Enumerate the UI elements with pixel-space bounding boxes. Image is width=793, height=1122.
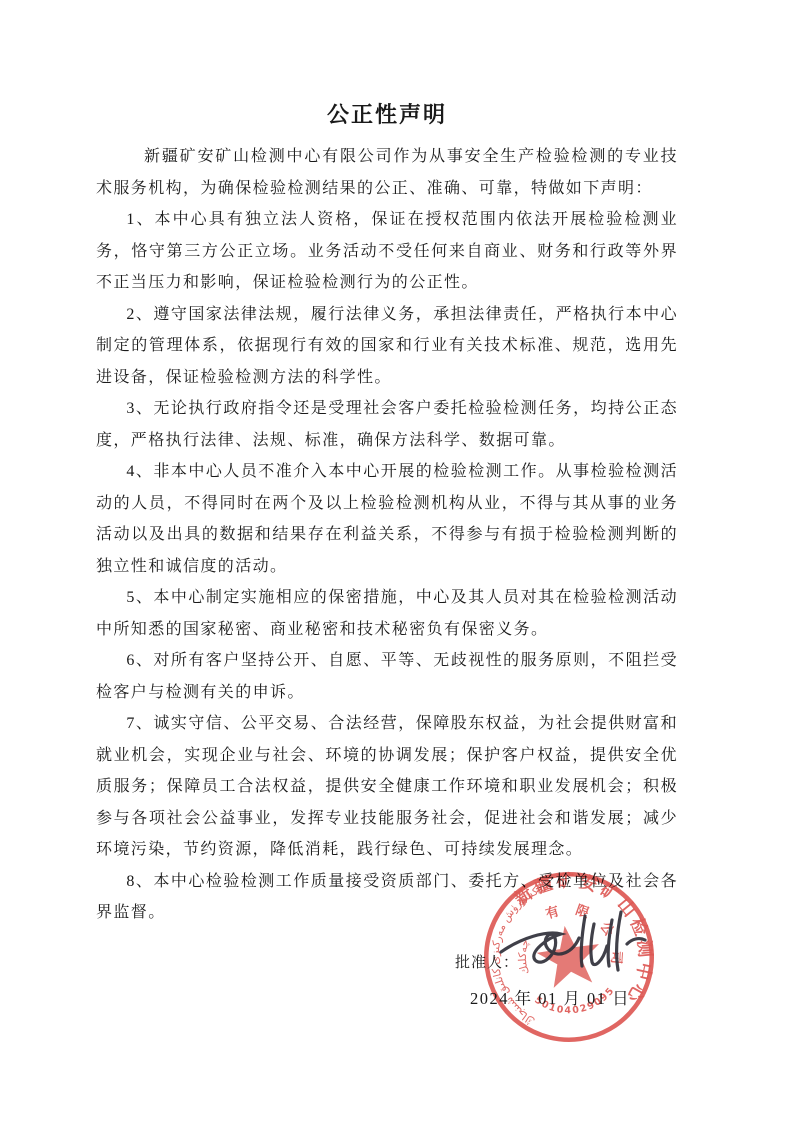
document-page: 公正性声明 新疆矿安矿山检测中心有限公司作为从事安全生产检验检测的专业技术服务机… bbox=[0, 0, 793, 1122]
approval-date: 2024 年 01 月 01 日 bbox=[470, 985, 630, 1009]
page-title: 公正性声明 bbox=[96, 100, 678, 130]
paragraph-6: 6、对所有客户坚持公开、自愿、平等、无歧视性的服务原则，不阻拦受检客户与检测有关… bbox=[96, 645, 678, 708]
paragraph-1: 1、本中心具有独立法人资格，保证在授权范围内依法开展检验检测业务，恪守第三方公正… bbox=[96, 204, 678, 299]
paragraph-3: 3、无论执行政府指令还是受理社会客户委托检验检测任务，均持公正态度，严格执行法律… bbox=[96, 393, 678, 456]
paragraph-4: 4、非本中心人员不准介入本中心开展的检验检测工作。从事检验检测活动的人员，不得同… bbox=[96, 456, 678, 582]
paragraph-2: 2、遵守国家法律法规，履行法律义务，承担法律责任，严格执行本中心制定的管理体系，… bbox=[96, 299, 678, 394]
document-body: 公正性声明 新疆矿安矿山检测中心有限公司作为从事安全生产检验检测的专业技术服务机… bbox=[96, 100, 678, 929]
paragraph-7: 7、诚实守信、公平交易、合法经营，保障股东权益，为社会提供财富和就业机会，实现企… bbox=[96, 708, 678, 866]
paragraph-5: 5、本中心制定实施相应的保密措施，中心及其人员对其在检验检测活动中所知悉的国家秘… bbox=[96, 582, 678, 645]
intro-paragraph: 新疆矿安矿山检测中心有限公司作为从事安全生产检验检测的专业技术服务机构，为确保检… bbox=[96, 141, 678, 204]
approver-label: 批准人： bbox=[455, 951, 519, 972]
